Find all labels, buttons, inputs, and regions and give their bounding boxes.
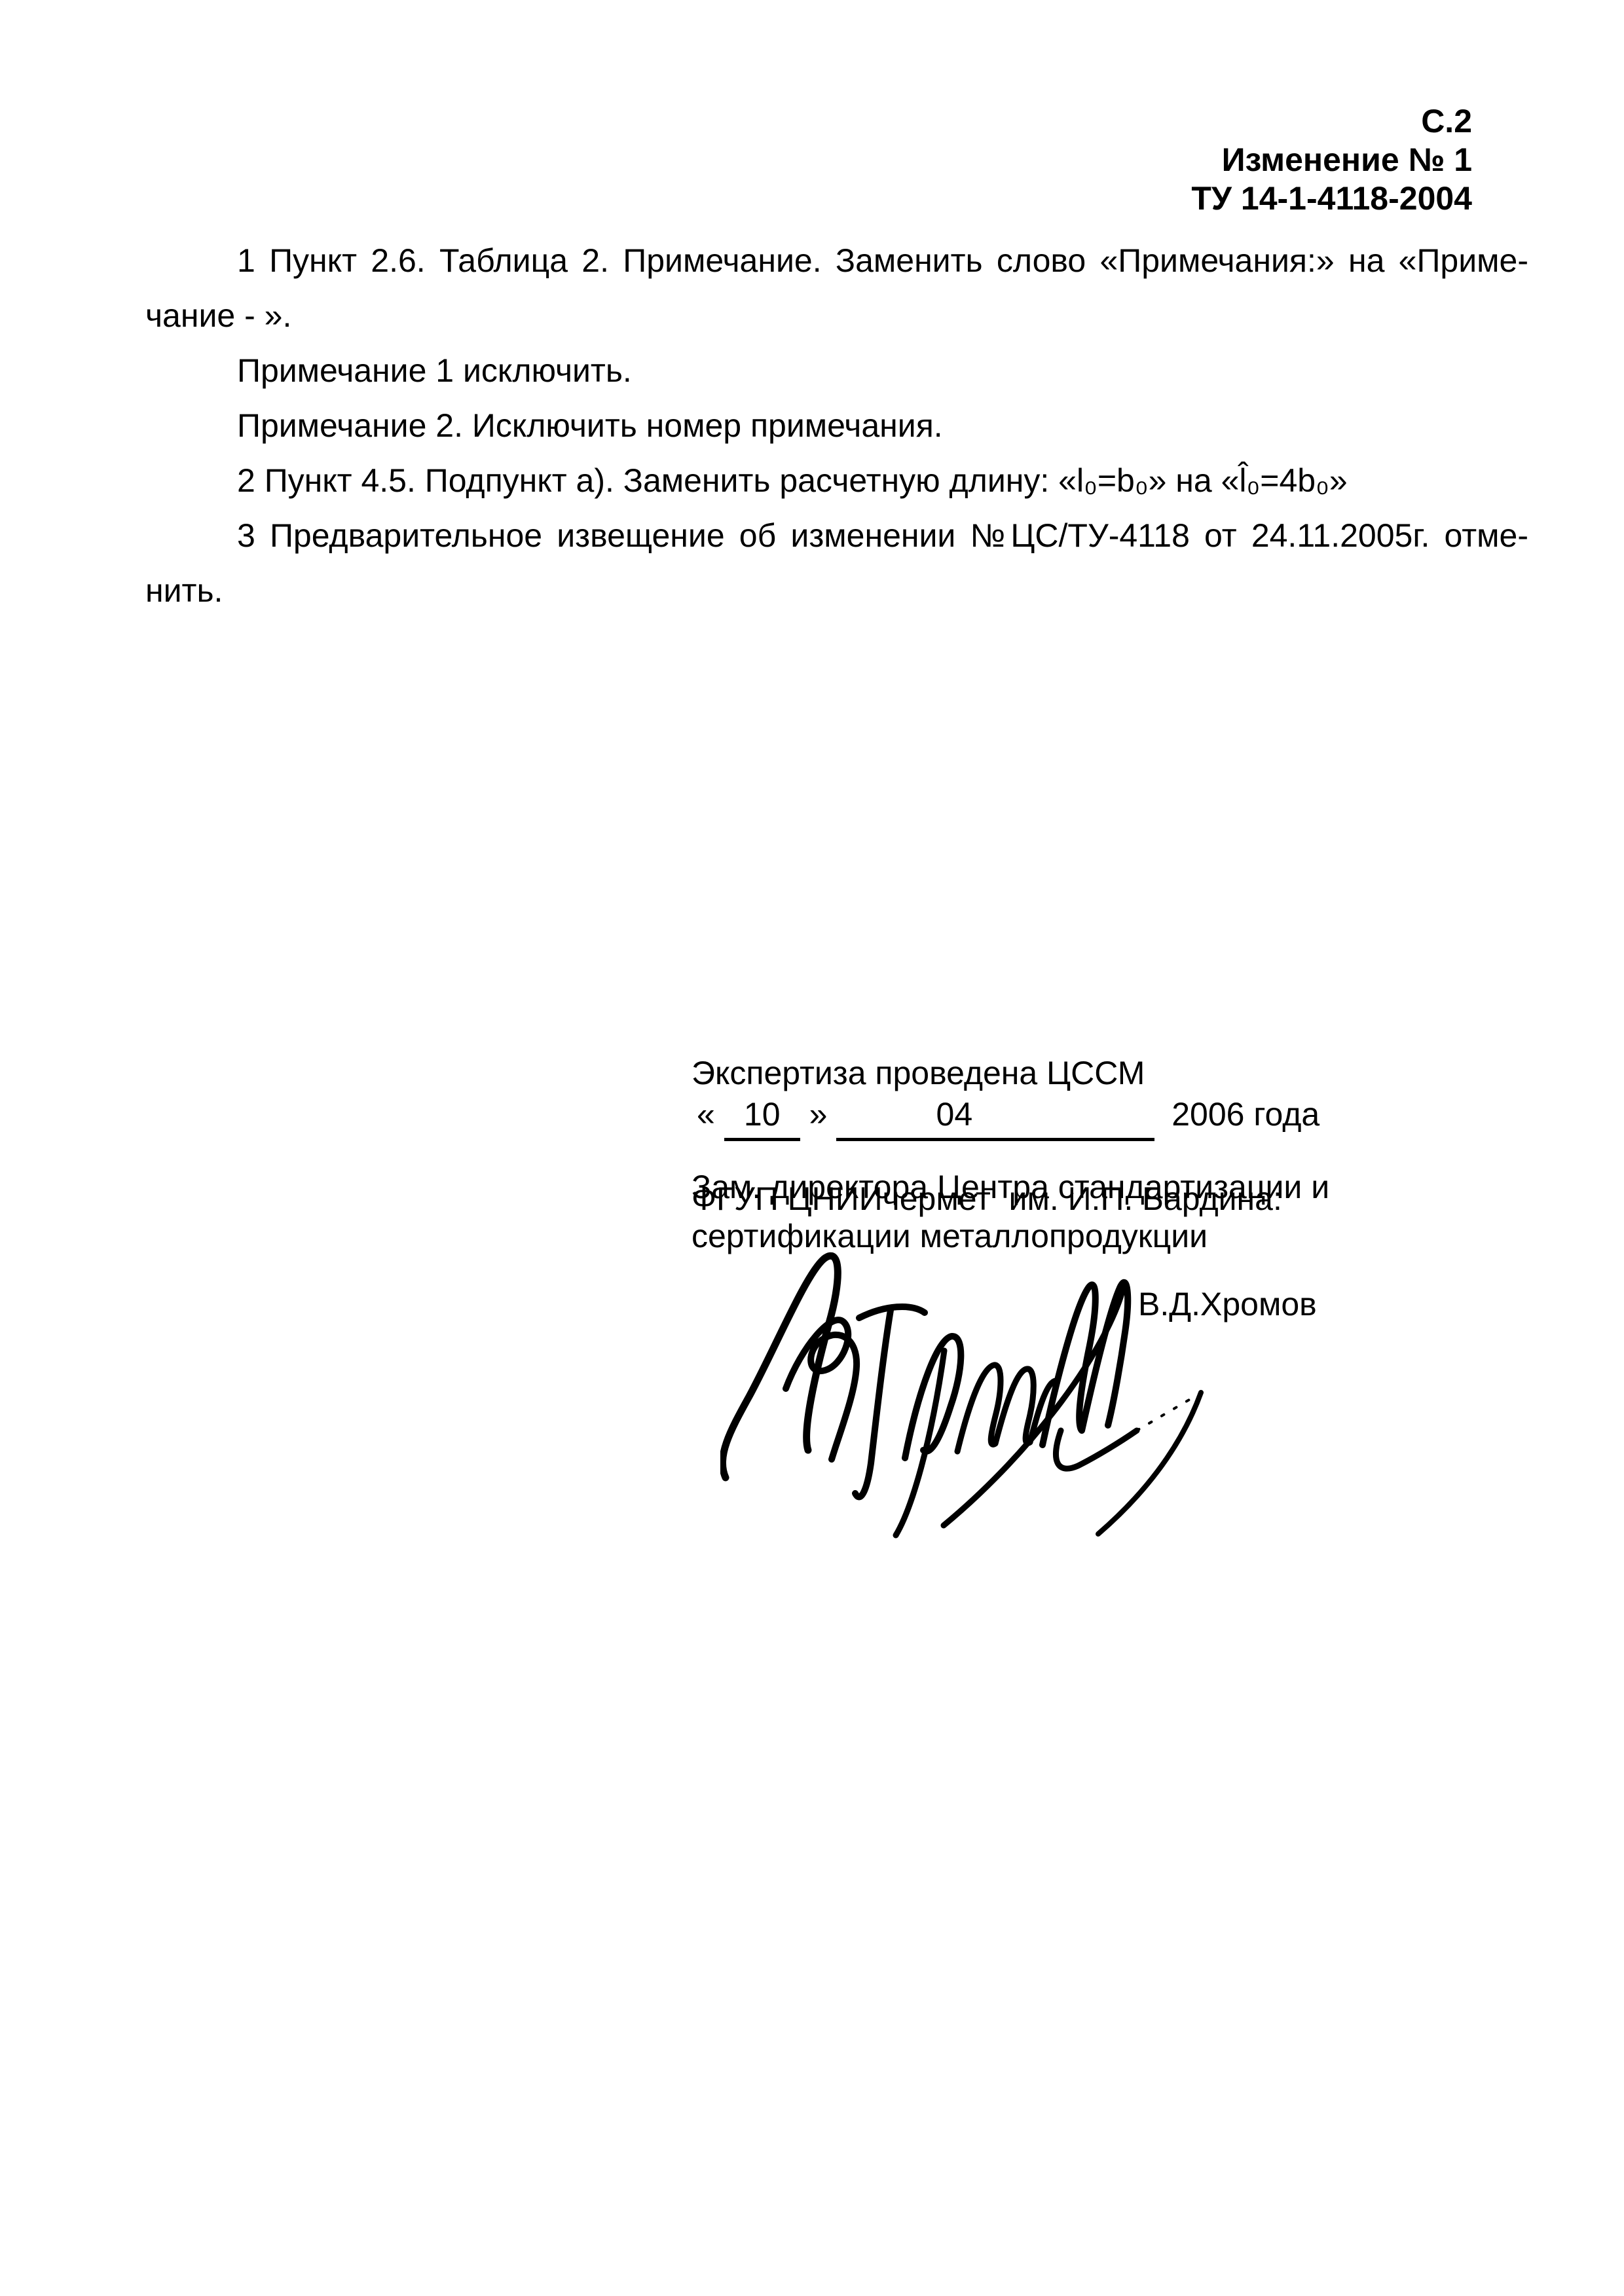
handwritten-signature-icon bbox=[720, 1234, 1231, 1548]
body-line: Примечание 1 исключить. bbox=[145, 343, 1528, 398]
date-day-field: 10 bbox=[724, 1093, 800, 1141]
date-month-field: 04 bbox=[836, 1093, 1154, 1141]
date-year: 2006 года bbox=[1172, 1093, 1319, 1135]
document-page: С.2 Изменение № 1 ТУ 14-1-4118-2004 1 Пу… bbox=[0, 0, 1624, 2296]
body-line: чание - ». bbox=[145, 288, 1528, 343]
body-line: Примечание 2. Исключить номер примечания… bbox=[145, 398, 1528, 453]
signer-name: В.Д.Хромов bbox=[1138, 1285, 1317, 1324]
date-line: « 10 » 04 2006 года bbox=[697, 1093, 1319, 1141]
page-header: С.2 Изменение № 1 ТУ 14-1-4118-2004 bbox=[1191, 102, 1472, 218]
change-number: Изменение № 1 bbox=[1191, 141, 1472, 179]
open-quote: « bbox=[697, 1093, 715, 1135]
page-number: С.2 bbox=[1191, 102, 1472, 141]
close-quote: » bbox=[809, 1093, 828, 1135]
document-body: 1 Пункт 2.6. Таблица 2. Примечание. Заме… bbox=[145, 233, 1528, 618]
document-number: ТУ 14-1-4118-2004 bbox=[1191, 179, 1472, 218]
expertise-line: Экспертиза проведена ЦССМ bbox=[692, 1052, 1282, 1094]
body-line: 3 Предварительное извещение об изменении… bbox=[145, 508, 1528, 563]
signer-position-line: Зам. директора Центра стандартизации и bbox=[692, 1163, 1329, 1212]
body-line: 2 Пункт 4.5. Подпункт а). Заменить расче… bbox=[145, 453, 1528, 508]
body-line: 1 Пункт 2.6. Таблица 2. Примечание. Заме… bbox=[145, 233, 1528, 288]
body-line: нить. bbox=[145, 563, 1528, 618]
